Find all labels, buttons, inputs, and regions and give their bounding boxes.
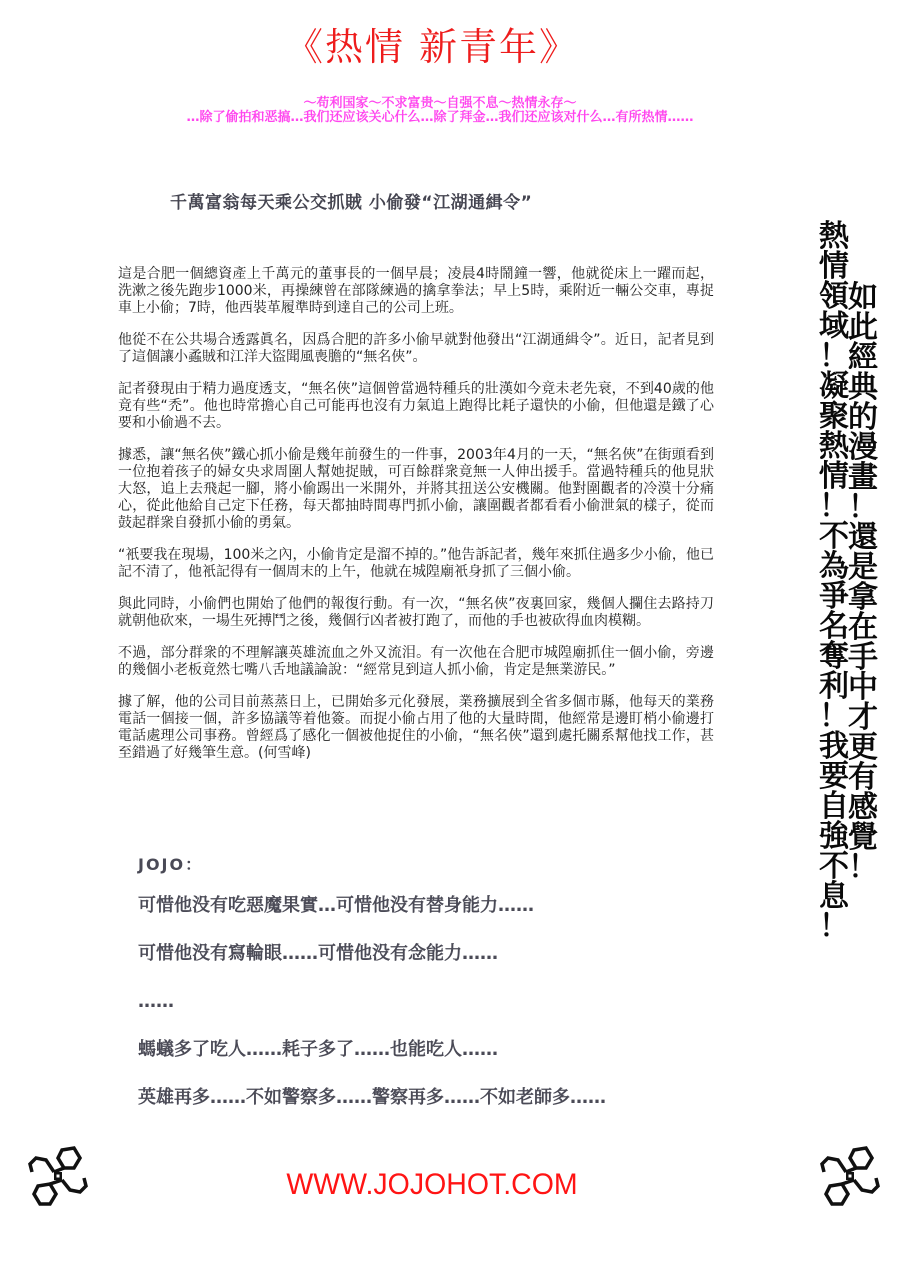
vertical-char: 是 <box>846 553 880 583</box>
vertical-char: 情 <box>817 252 851 282</box>
vertical-char: 感 <box>846 793 880 823</box>
comment-line: 可惜他没有寫輪眼……可惜他没有念能力…… <box>138 943 606 965</box>
article-paragraph: 與此同時，小偷們也開始了他們的報復行動。有一次，“無名俠”夜裏回家，幾個人攔住去… <box>118 596 714 630</box>
article-body: 這是合肥一個總資產上千萬元的董事長的一個早晨；凌晨4時鬧鐘一響，他就從床上一躍而… <box>118 266 714 777</box>
article-paragraph: 不過，部分群衆的不理解讓英雄流血之外又流泪。有一次他在合肥市城隍廟抓住一個小偷，… <box>118 645 714 679</box>
vertical-char: 有 <box>846 763 880 793</box>
comment-line: 可惜他没有吃惡魔果實…可惜他没有替身能力…… <box>138 895 606 917</box>
slogan-line-2: …除了偷拍和恶搞…我们还应该关心什么…除了拜金…我们还应该对什么…有所热情…… <box>0 110 880 125</box>
vertical-char: 畫 <box>846 463 880 493</box>
vertical-char: 手 <box>846 643 880 673</box>
website-url-link[interactable]: WWW.JOJOHOT.COM <box>271 1168 594 1202</box>
comment-line: …… <box>138 991 606 1013</box>
vertical-char: ！ <box>846 853 880 883</box>
vertical-slogan-column-2: 如 此 經 典 的 漫 畫 ！ 還 是 拿 在 手 中 才 更 有 感 覺 ！ <box>846 283 880 883</box>
vertical-char: 息 <box>817 882 851 912</box>
comment-line: 螞蟻多了吃人……耗子多了……也能吃人…… <box>138 1039 606 1061</box>
vertical-char: ！ <box>817 912 851 942</box>
vertical-char: 還 <box>846 523 880 553</box>
article-paragraph: 記者發現由于精力過度透支，“無名俠”這個曾當過特種兵的壯漢如今竟未老先衰，不到4… <box>118 381 714 432</box>
article-paragraph: 據了解，他的公司目前蒸蒸日上，已開始多元化發展，業務擴展到全省多個市縣，他每天的… <box>118 694 714 762</box>
vertical-char: 覺 <box>846 823 880 853</box>
vertical-char: ！ <box>846 493 880 523</box>
vertical-char: 拿 <box>846 583 880 613</box>
vertical-char: 的 <box>846 403 880 433</box>
vertical-char: 中 <box>846 673 880 703</box>
banner-title: 《热情 新青年》 <box>262 22 602 72</box>
vertical-char: 更 <box>846 733 880 763</box>
jojo-comment: JOJO： 可惜他没有吃惡魔果實…可惜他没有替身能力…… 可惜他没有寫輪眼……可… <box>138 852 606 1135</box>
article-paragraph: 這是合肥一個總資產上千萬元的董事長的一個早晨；凌晨4時鬧鐘一響，他就從床上一躍而… <box>118 266 714 317</box>
vertical-char: 在 <box>846 613 880 643</box>
vertical-char: 如 <box>846 283 880 313</box>
vertical-char: 才 <box>846 703 880 733</box>
comment-label: JOJO： <box>138 852 606 875</box>
vertical-char: 熱 <box>817 222 851 252</box>
vertical-char: 典 <box>846 373 880 403</box>
article-headline: 千萬富翁每天乘公交抓賊 小偷發“江湖通緝令” <box>170 188 532 213</box>
vertical-char: 經 <box>846 343 880 373</box>
article-paragraph: “衹要我在現場，100米之內，小偷肯定是溜不掉的。”他告訴記者，幾年來抓住過多少… <box>118 547 714 581</box>
article-paragraph: 據悉，讓“無名俠”鐵心抓小偷是幾年前發生的一件事，2003年4月的一天，“無名俠… <box>118 447 714 532</box>
article-paragraph: 他從不在公共場合透露眞名，因爲合肥的許多小偷早就對他發出“江湖通緝令”。近日，記… <box>118 332 714 366</box>
comment-line: 英雄再多……不如警察多……警察再多……不如老師多…… <box>138 1087 606 1109</box>
slogan-line-1: ～苟利国家～不求富贵～自强不息～热情永存～ <box>0 96 880 111</box>
pinwheel-ornament-icon <box>24 1142 94 1212</box>
vertical-char: 漫 <box>846 433 880 463</box>
vertical-char: 此 <box>846 313 880 343</box>
pinwheel-ornament-icon <box>816 1142 886 1212</box>
